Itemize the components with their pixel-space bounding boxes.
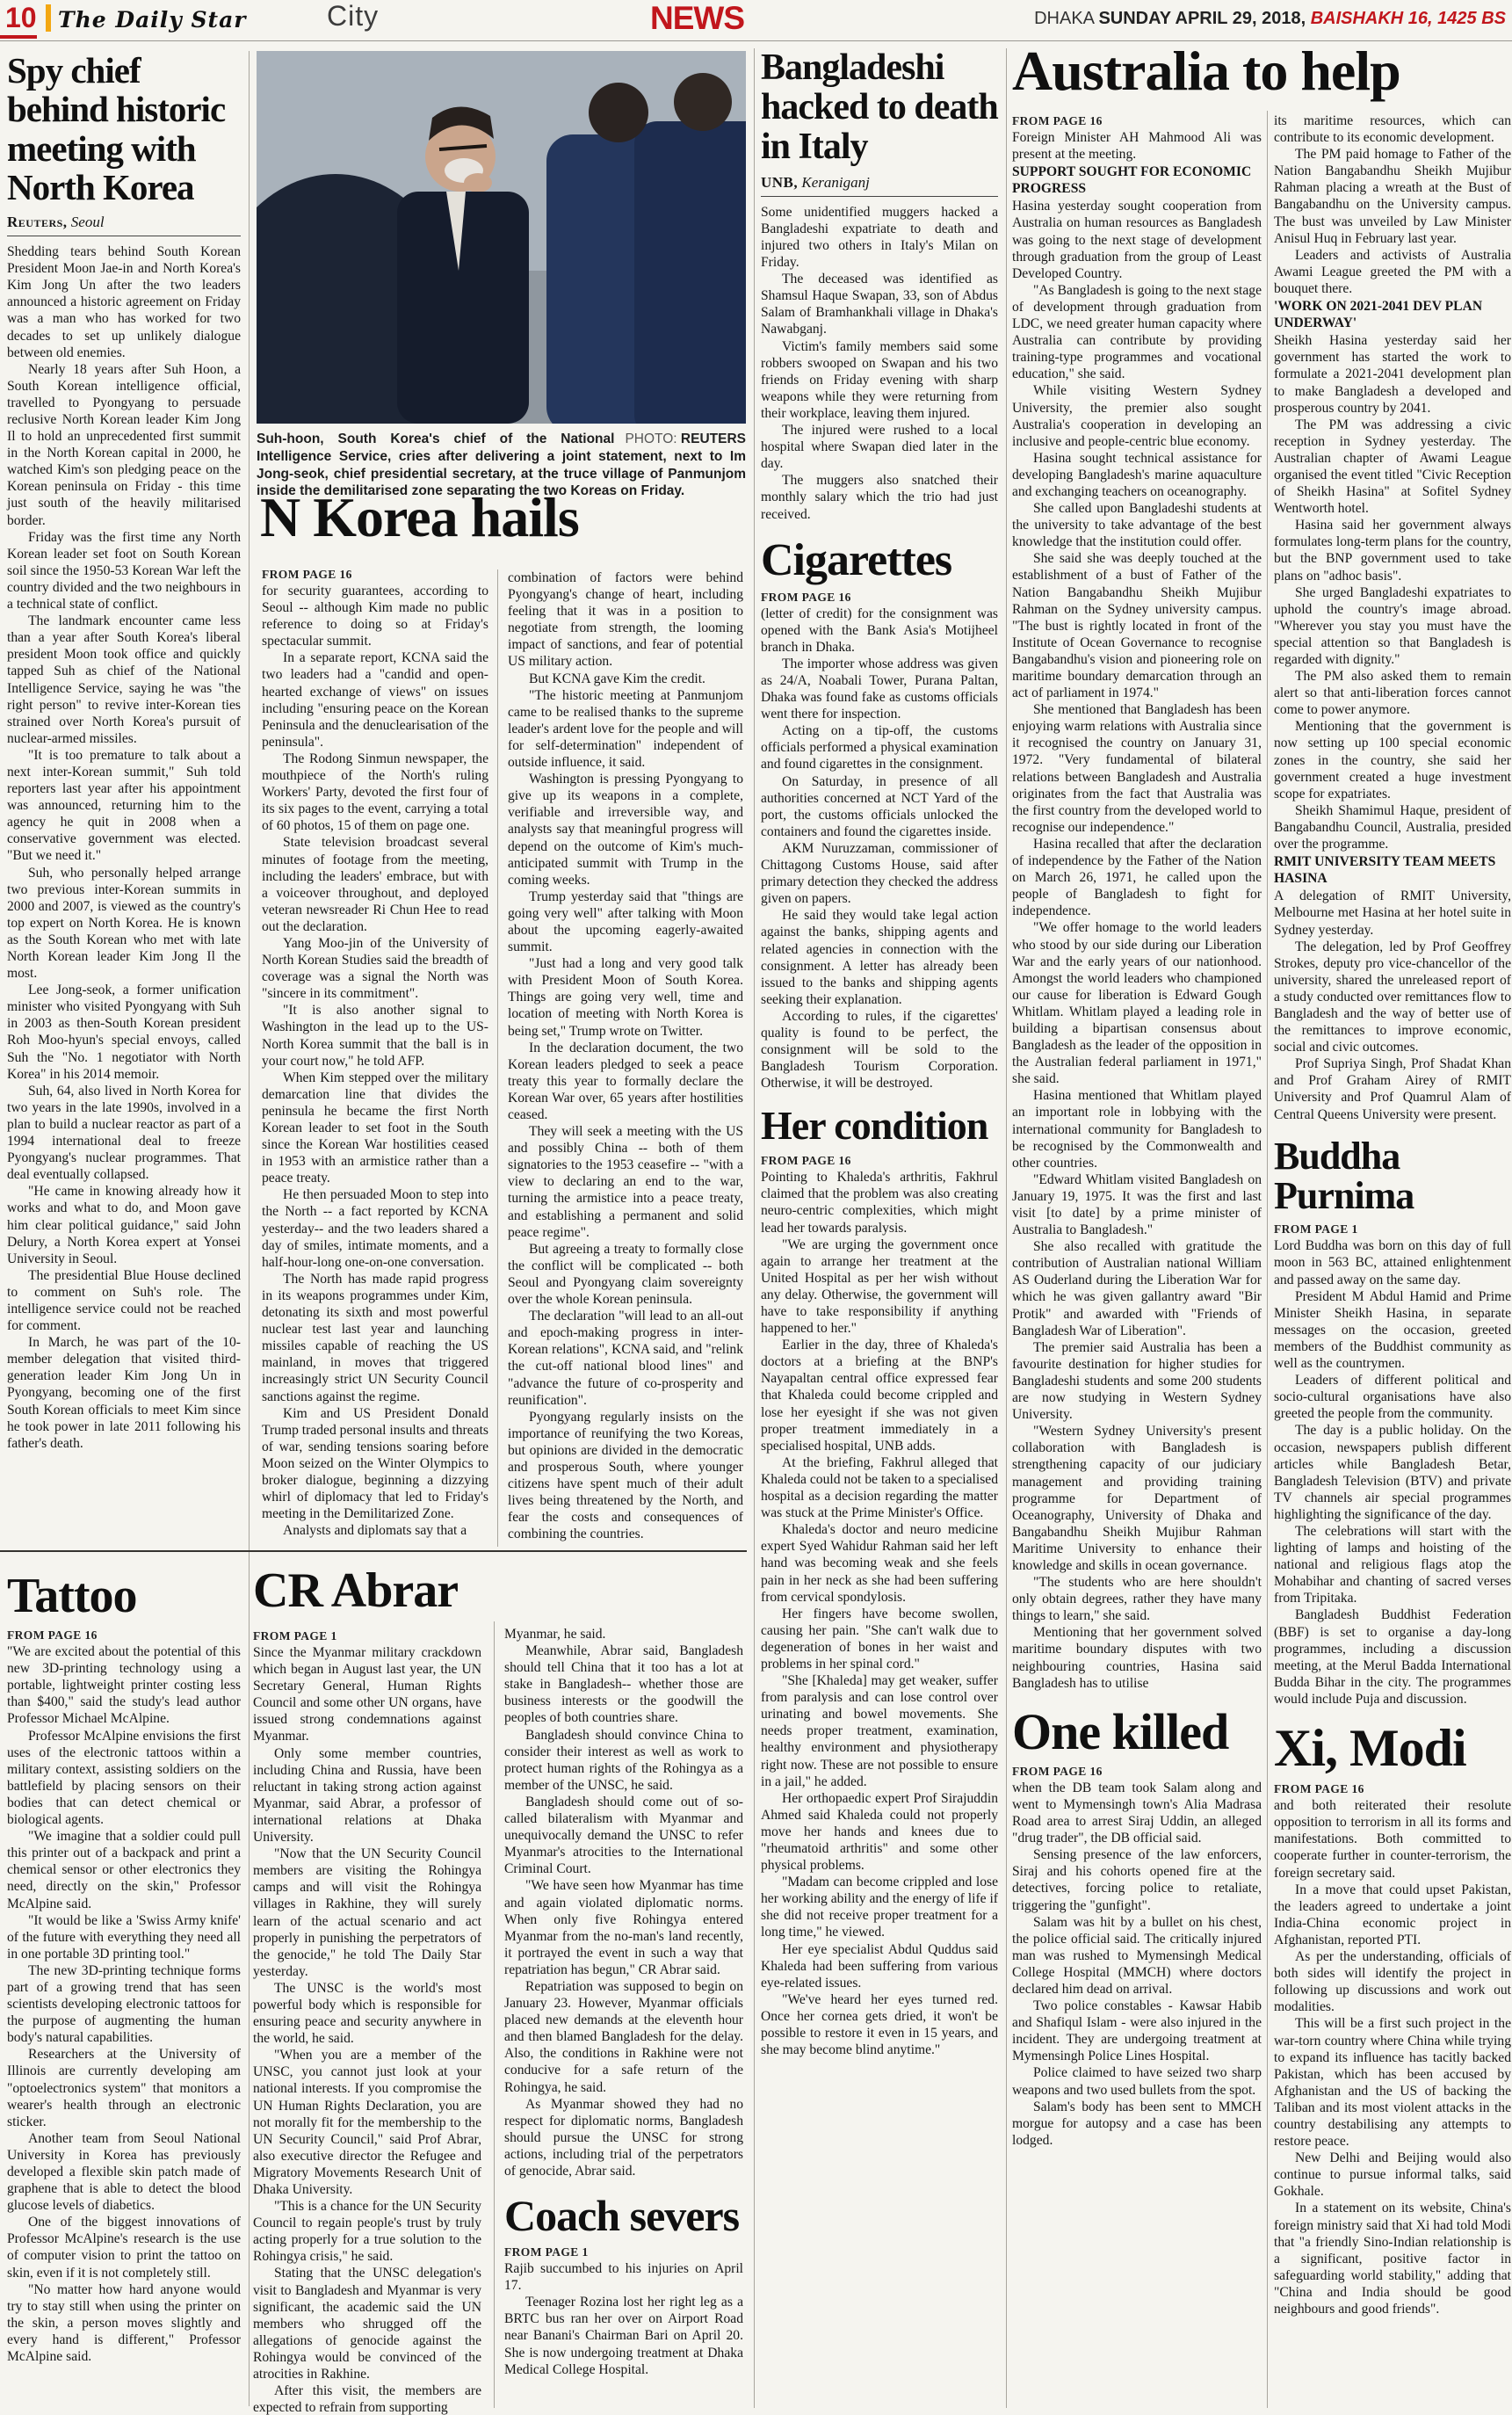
- article-tattoo: Tattoo FROM PAGE 16 "We are excited abou…: [7, 1571, 241, 2365]
- column-4: Bangladeshi hacked to death in Italy UNB…: [761, 48, 998, 2058]
- dateline-date: SUNDAY APRIL 29, 2018,: [1098, 9, 1310, 28]
- continued-from-label: FROM PAGE 16: [262, 568, 488, 582]
- paragraph: He said they would take legal action aga…: [761, 907, 998, 1008]
- article-buddha-purnima: Buddha Purnima FROM PAGE 1 Lord Buddha w…: [1274, 1137, 1511, 1708]
- page-number: 10: [5, 2, 37, 34]
- article-n-korea-col-b: combination of factors were behind Pyong…: [508, 569, 743, 1542]
- paragraph: The PM was addressing a civic reception …: [1274, 417, 1511, 518]
- byline-agency: Reuters,: [7, 214, 68, 230]
- paragraph: Only some member countries, including Ch…: [253, 1745, 481, 1846]
- paragraph: "We offer homage to the world leaders wh…: [1012, 919, 1262, 1087]
- paragraph: "We've heard her eyes turned red. Once h…: [761, 1991, 998, 2058]
- continued-from-label: FROM PAGE 1: [504, 2245, 743, 2259]
- article-headline: Her condition: [761, 1106, 998, 1147]
- column-6: its maritime resources, which can contri…: [1274, 112, 1511, 2317]
- paragraph: In a move that could upset Pakistan, the…: [1274, 1882, 1511, 1948]
- article-one-killed: One killed FROM PAGE 16 when the DB team…: [1012, 1706, 1262, 2149]
- paragraph: The premier said Australia has been a fa…: [1012, 1339, 1262, 1423]
- paragraph: The PM paid homage to Father of the Nati…: [1274, 146, 1511, 247]
- column-rule: [249, 51, 250, 2406]
- article-headline: CR Abrar: [253, 1566, 622, 1616]
- dateline-city: DHAKA: [1034, 9, 1098, 28]
- paragraph: The PM also asked them to remain alert s…: [1274, 668, 1511, 718]
- paragraph: Since the Myanmar military crackdown whi…: [253, 1644, 481, 1745]
- paragraph: and both reiterated their resolute oppos…: [1274, 1797, 1511, 1881]
- paragraph: When Kim stepped over the military demar…: [262, 1070, 488, 1187]
- article-australia-col-b: its maritime resources, which can contri…: [1274, 112, 1511, 1123]
- article-body: Some unidentified muggers hacked a Bangl…: [761, 204, 998, 523]
- article-bangladeshi-hacked: Bangladeshi hacked to death in Italy UNB…: [761, 48, 998, 523]
- byline: Reuters, Seoul: [7, 214, 241, 236]
- article-australia-col-a: FROM PAGE 16 Foreign Minister AH Mahmood…: [1012, 114, 1262, 1692]
- paragraph: Leaders and activists of Australia Awami…: [1274, 247, 1511, 297]
- sub-headline: SUPPORT SOUGHT FOR ECONOMIC PROGRESS: [1012, 163, 1262, 197]
- paragraph: Trump yesterday said that "things are go…: [508, 888, 743, 955]
- paragraph: (letter of credit) for the consignment w…: [761, 606, 998, 656]
- paragraph: In a separate report, KCNA said the two …: [262, 649, 488, 751]
- continued-from-label: FROM PAGE 16: [1274, 1782, 1511, 1796]
- section-divider-rule: [0, 1550, 747, 1552]
- paragraph: Hasina sought technical assistance for d…: [1012, 450, 1262, 500]
- paragraph: This will be a first such project in the…: [1274, 2015, 1511, 2150]
- article-body: for security guarantees, according to Se…: [262, 583, 488, 1539]
- paragraph: State television broadcast several minut…: [262, 834, 488, 935]
- paragraph: "We are excited about the potential of t…: [7, 1643, 241, 1727]
- paragraph: The deceased was identified as Shamsul H…: [761, 271, 998, 337]
- paragraph: Her orthopaedic expert Prof Sirajuddin A…: [761, 1790, 998, 1874]
- article-headline: Coach severs: [504, 2194, 743, 2238]
- paragraph: Stating that the UNSC delegation's visit…: [253, 2265, 481, 2382]
- paragraph: Leaders of different political and socio…: [1274, 1372, 1511, 1422]
- column-rule: [494, 1621, 495, 2408]
- paragraph: The Rodong Sinmun newspaper, the mouthpi…: [262, 751, 488, 834]
- continued-from-label: FROM PAGE 16: [761, 591, 998, 605]
- article-body: and both reiterated their resolute oppos…: [1274, 1797, 1511, 2317]
- paragraph: One of the biggest innovations of Profes…: [7, 2214, 241, 2281]
- paragraph: "It is too premature to talk about a nex…: [7, 747, 241, 865]
- paragraph: "We are urging the government once again…: [761, 1237, 998, 1338]
- paragraph: In the declaration document, the two Kor…: [508, 1040, 743, 1123]
- article-headline: One killed: [1012, 1706, 1262, 1758]
- paragraph: Sheikh Hasina yesterday said her governm…: [1274, 332, 1511, 416]
- paragraph: Kim and US President Donald Trump traded…: [262, 1405, 488, 1523]
- paragraph: Khaleda's doctor and neuro medicine expe…: [761, 1521, 998, 1605]
- paragraph: "As Bangladesh is going to the next stag…: [1012, 282, 1262, 383]
- continued-from-label: FROM PAGE 16: [7, 1628, 241, 1643]
- article-spy-chief: Spy chief behind historic meeting with N…: [7, 51, 241, 1452]
- article-headline: Xi, Modi: [1274, 1722, 1511, 1775]
- paragraph: In March, he was part of the 10-member d…: [7, 1334, 241, 1452]
- paragraph: "The students who are here shouldn't onl…: [1012, 1574, 1262, 1624]
- paragraph: "Western Sydney University's present col…: [1012, 1423, 1262, 1574]
- paragraph: Mentioning that her government solved ma…: [1012, 1624, 1262, 1691]
- paragraph: The injured were rushed to a local hospi…: [761, 422, 998, 472]
- paragraph: Researchers at the University of Illinoi…: [7, 2046, 241, 2129]
- article-body: "We are excited about the potential of t…: [7, 1643, 241, 2365]
- section-title: City: [327, 0, 379, 33]
- paragraph: Suh, who personally helped arrange two p…: [7, 865, 241, 983]
- paragraph: Prof Supriya Singh, Prof Shadat Khan and…: [1274, 1055, 1511, 1122]
- paragraph: Hasina mentioned that Whitlam played an …: [1012, 1087, 1262, 1171]
- newspaper-page: 10 The Daily Star City NEWS DHAKA SUNDAY…: [0, 0, 1512, 2415]
- byline-place: Seoul: [71, 214, 105, 230]
- paragraph: Nearly 18 years after Suh Hoon, a South …: [7, 361, 241, 529]
- article-headline: Buddha Purnima: [1274, 1137, 1511, 1216]
- paragraph: Her fingers have become swollen, causing…: [761, 1606, 998, 1672]
- article-headline: N Korea hails: [260, 489, 749, 546]
- paragraph: But agreeing a treaty to formally close …: [508, 1241, 743, 1308]
- paragraph: President M Abdul Hamid and Prime Minist…: [1274, 1288, 1511, 1372]
- paragraph: Pointing to Khaleda's arthritis, Fakhrul…: [761, 1169, 998, 1236]
- paragraph: Another team from Seoul National Univers…: [7, 2130, 241, 2214]
- article-headline: Australia to help: [1012, 42, 1511, 99]
- paragraph: According to rules, if the cigarettes' q…: [761, 1008, 998, 1091]
- page-header: 10 The Daily Star City NEWS DHAKA SUNDAY…: [0, 0, 1512, 42]
- column-rule: [1006, 48, 1007, 2408]
- paragraph: "She [Khaleda] may get weaker, suffer fr…: [761, 1672, 998, 1790]
- continued-from-label: FROM PAGE 16: [1012, 114, 1262, 128]
- paragraph: The declaration "will lead to an all-out…: [508, 1308, 743, 1409]
- article-n-korea-headline-block: N Korea hails: [260, 489, 749, 553]
- paragraph: Lee Jong-seok, a former unification mini…: [7, 982, 241, 1083]
- paragraph: She also recalled with gratitude the con…: [1012, 1238, 1262, 1339]
- paragraph: its maritime resources, which can contri…: [1274, 112, 1511, 146]
- paragraph: Some unidentified muggers hacked a Bangl…: [761, 204, 998, 271]
- paragraph: The UNSC is the world's most powerful bo…: [253, 1980, 481, 2047]
- paragraph: Bangladesh should come out of so-called …: [504, 1794, 743, 1877]
- paragraph: Washington is pressing Pyongyang to give…: [508, 771, 743, 888]
- article-headline: Tattoo: [7, 1571, 241, 1621]
- paragraph: On Saturday, in presence of all authorit…: [761, 773, 998, 840]
- paragraph: "This is a chance for the UN Security Co…: [253, 2198, 481, 2265]
- article-n-korea-col-a: FROM PAGE 16 for security guarantees, ac…: [262, 566, 488, 1539]
- paragraph: Her eye specialist Abdul Quddus said Kha…: [761, 1941, 998, 1991]
- paragraph: The landmark encounter came less than a …: [7, 613, 241, 747]
- paragraph: Bangladesh Buddhist Federation (BBF) is …: [1274, 1606, 1511, 1708]
- header-rule: [0, 35, 1512, 38]
- paragraph: for security guarantees, according to Se…: [262, 583, 488, 649]
- article-australia-headline-block: Australia to help: [1012, 42, 1511, 106]
- article-body: Myanmar, he said.Meanwhile, Abrar said, …: [504, 1626, 743, 2179]
- continued-from-label: FROM PAGE 16: [761, 1154, 998, 1168]
- paragraph: Suh, 64, also lived in North Korea for t…: [7, 1083, 241, 1184]
- article-body: Foreign Minister AH Mahmood Ali was pres…: [1012, 129, 1262, 1692]
- paragraph: Police claimed to have seized two sharp …: [1012, 2064, 1262, 2098]
- masthead-logo: The Daily Star: [58, 7, 246, 33]
- paragraph: "Now that the UN Security Council member…: [253, 1846, 481, 1980]
- paragraph: Bangladesh should convince China to cons…: [504, 1727, 743, 1794]
- article-headline: Cigarettes: [761, 537, 998, 584]
- paragraph: Hasina yesterday sought cooperation from…: [1012, 198, 1262, 281]
- article-body: combination of factors were behind Pyong…: [508, 569, 743, 1542]
- paragraph: "Edward Whitlam visited Bangladesh on Ja…: [1012, 1171, 1262, 1238]
- article-coach-severs: Coach severs FROM PAGE 1 Rajib succumbed…: [504, 2194, 743, 2378]
- paragraph: She urged Bangladeshi expatriates to uph…: [1274, 584, 1511, 668]
- paragraph: The day is a public holiday. On the occa…: [1274, 1422, 1511, 1523]
- paragraph: Analysts and diplomats say that a: [262, 1522, 488, 1539]
- paragraph: "The historic meeting at Panmunjom came …: [508, 687, 743, 771]
- photo-credit-label: PHOTO:: [625, 432, 680, 446]
- dateline-bangla-date: BAISHAKH 16, 1425 BS: [1311, 9, 1506, 28]
- article-body: Pointing to Khaleda's arthritis, Fakhrul…: [761, 1169, 998, 2058]
- continued-from-label: FROM PAGE 1: [253, 1629, 481, 1643]
- paragraph: "We have seen how Myanmar has time and a…: [504, 1877, 743, 1978]
- paragraph: Sensing presence of the law enforcers, S…: [1012, 1846, 1262, 1913]
- paragraph: The celebrations will start with the lig…: [1274, 1523, 1511, 1606]
- paragraph: Earlier in the day, three of Khaleda's d…: [761, 1337, 998, 1454]
- article-body: Rajib succumbed to his injuries on April…: [504, 2260, 743, 2378]
- article-headline: Spy chief behind historic meeting with N…: [7, 51, 241, 207]
- article-body: Since the Myanmar military crackdown whi…: [253, 1644, 481, 2415]
- paragraph: He then persuaded Moon to step into the …: [262, 1186, 488, 1270]
- paragraph: Salam was hit by a bullet on his chest, …: [1012, 1914, 1262, 1998]
- paragraph: She said she was deeply touched at the e…: [1012, 550, 1262, 701]
- paragraph: Rajib succumbed to his injuries on April…: [504, 2260, 743, 2294]
- paragraph: Hasina recalled that after the declarati…: [1012, 836, 1262, 919]
- paragraph: Pyongyang regularly insists on the impor…: [508, 1409, 743, 1543]
- paragraph: Acting on a tip-off, the customs officia…: [761, 722, 998, 772]
- paragraph: Shedding tears behind South Korean Presi…: [7, 243, 241, 361]
- paragraph: As Myanmar showed they had no respect fo…: [504, 2096, 743, 2179]
- article-body: Shedding tears behind South Korean Presi…: [7, 243, 241, 1452]
- paragraph: The muggers also snatched their monthly …: [761, 472, 998, 522]
- paragraph: In a statement on its website, China's f…: [1274, 2200, 1511, 2317]
- paragraph: "It is also another signal to Washington…: [262, 1002, 488, 1069]
- paragraph: They will seek a meeting with the US and…: [508, 1123, 743, 1241]
- article-her-condition: Her condition FROM PAGE 16 Pointing to K…: [761, 1106, 998, 2058]
- paragraph: "No matter how hard anyone would try to …: [7, 2281, 241, 2365]
- paragraph: The presidential Blue House declined to …: [7, 1267, 241, 1334]
- paragraph: Hasina said her government always formul…: [1274, 517, 1511, 584]
- paragraph: The importer whose address was given as …: [761, 656, 998, 722]
- byline-agency: UNB,: [761, 174, 798, 191]
- paragraph: Victim's family members said some robber…: [761, 338, 998, 422]
- column-rule: [497, 569, 498, 1547]
- sub-headline: 'WORK ON 2021-2041 DEV PLAN UNDERWAY': [1274, 298, 1511, 331]
- paragraph: "He came in knowing already how it works…: [7, 1183, 241, 1266]
- paragraph: "Madam can become crippled and lose her …: [761, 1874, 998, 1940]
- paragraph: combination of factors were behind Pyong…: [508, 569, 743, 671]
- paragraph: Myanmar, he said.: [504, 1626, 743, 1643]
- paragraph: After this visit, the members are expect…: [253, 2382, 481, 2415]
- article-body: (letter of credit) for the consignment w…: [761, 606, 998, 1092]
- paragraph: A delegation of RMIT University, Melbour…: [1274, 888, 1511, 938]
- paragraph: New Delhi and Beijing would also continu…: [1274, 2150, 1511, 2200]
- paragraph: Two police constables - Kawsar Habib and…: [1012, 1998, 1262, 2064]
- paragraph: "Just had a long and very good talk with…: [508, 955, 743, 1039]
- article-headline: Bangladeshi hacked to death in Italy: [761, 48, 998, 167]
- article-cr-abrar-col-a: FROM PAGE 1 Since the Myanmar military c…: [253, 1628, 481, 2415]
- byline: UNB, Keraniganj: [761, 174, 998, 197]
- header-rule-red: [0, 35, 37, 39]
- paragraph: As per the understanding, officials of b…: [1274, 1948, 1511, 2015]
- article-cr-abrar-col-b: Myanmar, he said.Meanwhile, Abrar said, …: [504, 1626, 743, 2378]
- paragraph: While visiting Western Sydney University…: [1012, 382, 1262, 449]
- news-photo: [257, 51, 746, 424]
- paragraph: Friday was the first time any North Kore…: [7, 529, 241, 613]
- paragraph: She mentioned that Bangladesh has been e…: [1012, 701, 1262, 836]
- paragraph: Salam's body has been sent to MMCH morgu…: [1012, 2099, 1262, 2149]
- continued-from-label: FROM PAGE 16: [1012, 1765, 1262, 1779]
- article-body: its maritime resources, which can contri…: [1274, 112, 1511, 1123]
- article-body: when the DB team took Salam along and we…: [1012, 1780, 1262, 2149]
- paragraph: But KCNA gave Kim the credit.: [508, 671, 743, 687]
- paragraph: At the briefing, Fakhrul alleged that Kh…: [761, 1454, 998, 1521]
- paragraph: "We imagine that a soldier could pull th…: [7, 1828, 241, 1911]
- news-photo-illustration: [257, 51, 746, 424]
- column-rule: [754, 48, 755, 2408]
- paragraph: Meanwhile, Abrar said, Bangladesh should…: [504, 1643, 743, 1726]
- paragraph: The delegation, led by Prof Geoffrey Str…: [1274, 939, 1511, 1056]
- article-body: Lord Buddha was born on this day of full…: [1274, 1237, 1511, 1708]
- photo-credit: PHOTO: REUTERS: [614, 431, 746, 448]
- paragraph: Professor McAlpine envisions the first u…: [7, 1728, 241, 1829]
- paragraph: AKM Nuruzzaman, commissioner of Chittago…: [761, 840, 998, 907]
- paragraph: She called upon Bangladeshi students at …: [1012, 500, 1262, 550]
- paragraph: The new 3D-printing technique forms part…: [7, 1962, 241, 2046]
- paragraph: Repatriation was supposed to begin on Ja…: [504, 1978, 743, 2096]
- article-xi-modi: Xi, Modi FROM PAGE 16 and both reiterate…: [1274, 1722, 1511, 2317]
- sub-headline: RMIT UNIVERSITY TEAM MEETS HASINA: [1274, 853, 1511, 887]
- continued-from-label: FROM PAGE 1: [1274, 1222, 1511, 1237]
- byline-place: Keraniganj: [801, 174, 869, 191]
- masthead-divider-bar: [46, 4, 51, 32]
- paragraph: Foreign Minister AH Mahmood Ali was pres…: [1012, 129, 1262, 163]
- column-5: FROM PAGE 16 Foreign Minister AH Mahmood…: [1012, 112, 1262, 2149]
- dateline: DHAKA SUNDAY APRIL 29, 2018, BAISHAKH 16…: [1034, 9, 1506, 29]
- paragraph: Yang Moo-jin of the University of North …: [262, 935, 488, 1002]
- paragraph: Teenager Rozina lost her right leg as a …: [504, 2294, 743, 2377]
- paragraph: Mentioning that the government is now se…: [1274, 718, 1511, 801]
- paragraph: "When you are a member of the UNSC, you …: [253, 2047, 481, 2198]
- article-cigarettes: Cigarettes FROM PAGE 16 (letter of credi…: [761, 537, 998, 1092]
- article-cr-abrar-headline-block: CR Abrar: [253, 1566, 622, 1623]
- paragraph: Lord Buddha was born on this day of full…: [1274, 1237, 1511, 1287]
- paragraph: "It would be like a 'Swiss Army knife' o…: [7, 1912, 241, 1962]
- paragraph: when the DB team took Salam along and we…: [1012, 1780, 1262, 1846]
- paragraph: The North has made rapid progress in its…: [262, 1271, 488, 1405]
- section-label-news: NEWS: [650, 0, 744, 37]
- column-rule: [1267, 111, 1268, 2408]
- paragraph: Sheikh Shamimul Haque, president of Bang…: [1274, 802, 1511, 852]
- photo-credit-agency: REUTERS: [681, 432, 746, 446]
